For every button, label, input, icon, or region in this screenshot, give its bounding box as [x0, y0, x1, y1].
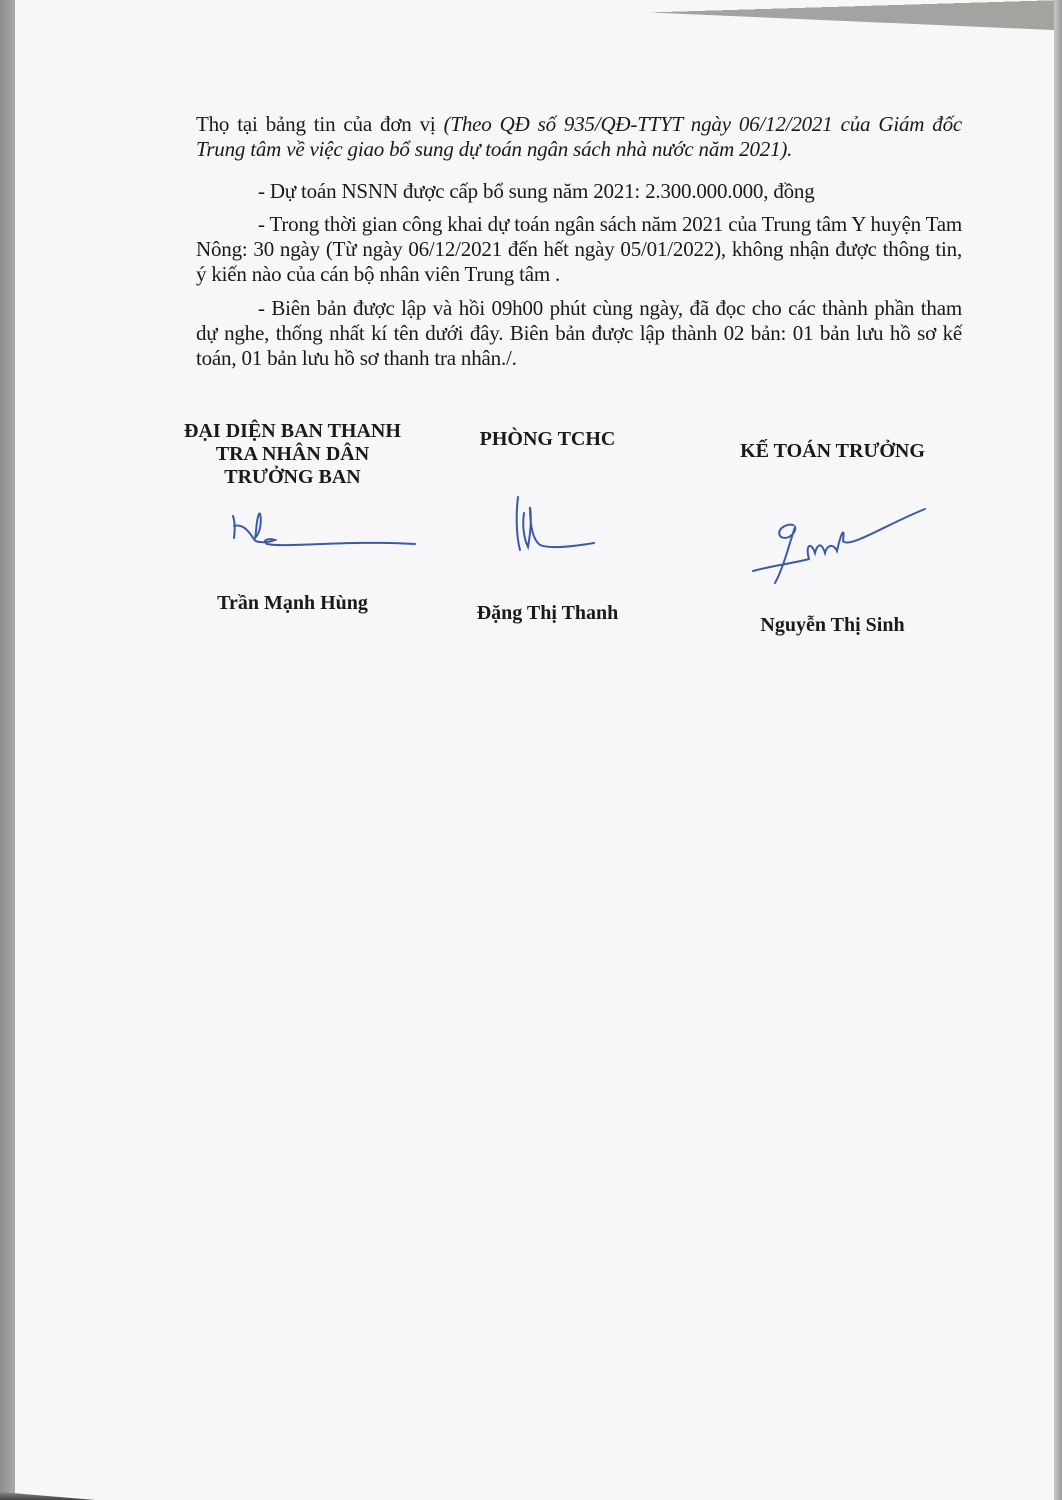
signatory-name: Nguyễn Thị Sinh — [720, 614, 945, 637]
signature-block-admin-office: PHÒNG TCHC Đặng Thị Thanh — [465, 428, 630, 451]
signatory-name: Đặng Thị Thanh — [465, 602, 630, 625]
signatory-name: Trần Mạnh Hùng — [165, 592, 420, 615]
paragraph-minutes-closing: - Biên bản được lập và hồi 09h00 phút cù… — [196, 296, 962, 371]
handwritten-signature-icon — [510, 495, 600, 555]
signature-block-chief-accountant: KẾ TOÁN TRƯỞNG Nguyễn Thị Sinh — [720, 440, 945, 463]
paragraph-disclosure-period: - Trong thời gian công khai dự toán ngân… — [196, 212, 962, 287]
signature-title-line: KẾ TOÁN TRƯỞNG — [720, 440, 945, 463]
signature-title-line: TRƯỞNG BAN — [165, 466, 420, 489]
paragraph-publication-plain: Thọ tại bảng tin của đơn vị — [196, 112, 444, 136]
signature-block-inspection-board: ĐẠI DIỆN BAN THANH TRA NHÂN DÂN TRƯỞNG B… — [165, 420, 420, 489]
signature-title-line: TRA NHÂN DÂN — [165, 443, 420, 466]
signature-title-line: ĐẠI DIỆN BAN THANH — [165, 420, 420, 443]
handwritten-signature-icon — [225, 508, 420, 553]
handwritten-signature-icon — [745, 505, 930, 590]
paragraph-budget-amount: - Dự toán NSNN được cấp bổ sung năm 2021… — [196, 179, 962, 204]
paragraph-publication-note: Thọ tại bảng tin của đơn vị (Theo QĐ số … — [196, 112, 962, 162]
signature-title-line: PHÒNG TCHC — [465, 428, 630, 451]
document-page: Thọ tại bảng tin của đơn vị (Theo QĐ số … — [0, 0, 1062, 1500]
